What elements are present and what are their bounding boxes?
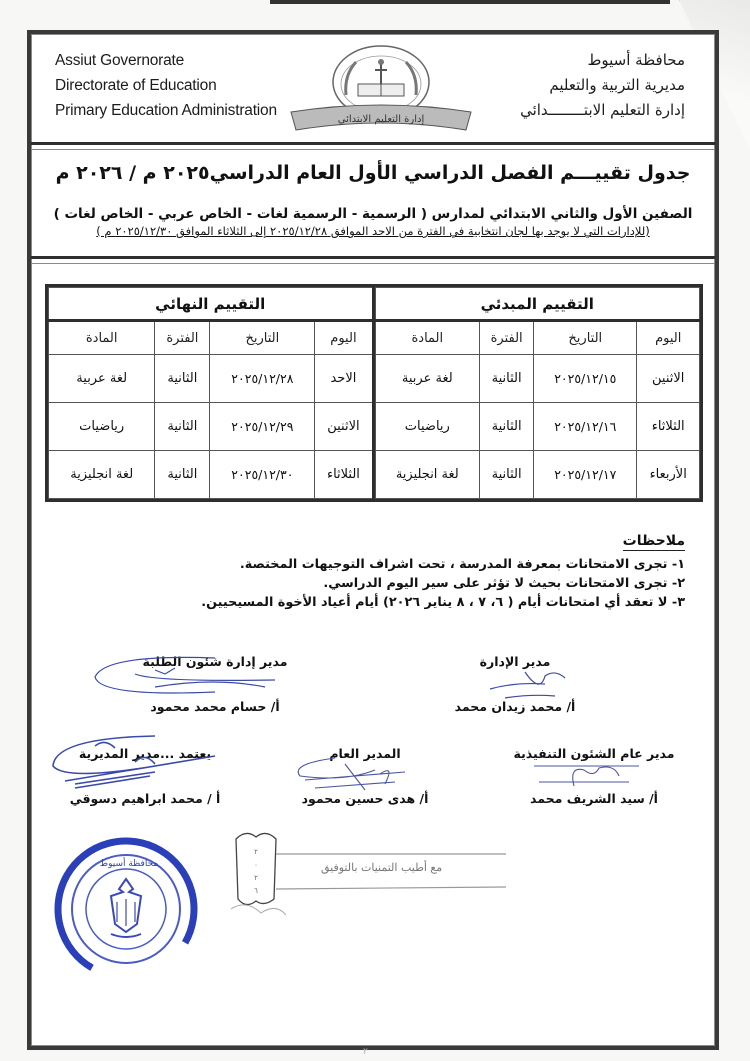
wishes-text: مع أطيب التمنيات بالتوفيق [321, 861, 442, 874]
table-title: التقييم المبدئي [375, 288, 700, 321]
cell-subject: لغة عربية [49, 354, 155, 402]
cell-subject: رياضيات [49, 402, 155, 450]
letterhead-english: Assiut Governorate Directorate of Educat… [55, 48, 277, 123]
cell-period: الثانية [155, 450, 210, 498]
table-row: الثلاثاء ٢٠٢٥/١٢/١٦ الثانية رياضيات [375, 402, 700, 450]
signature-role: يعتمد ...مدير المديرية [55, 746, 235, 761]
signature-name: أ/ محمد زيدان محمد [415, 699, 615, 714]
education-logo-icon: إدارة التعليم الابتدائي [286, 40, 476, 140]
signature-name: أ/ حسام محمد محمود [105, 699, 325, 714]
column-header-period: الفترة [155, 321, 210, 354]
cell-subject: لغة عربية [375, 354, 480, 402]
table-row: الاثنين ٢٠٢٥/١٢/٢٩ الثانية رياضيات [49, 402, 374, 450]
signature-student-affairs-director: مدير إدارة شئون الطلبة أ/ حسام محمد محمو… [105, 654, 325, 714]
cell-period: الثانية [480, 354, 534, 402]
schedule-tables: التقييم المبدئي اليوم التاريخ الفترة الم… [45, 284, 703, 502]
title-block: جدول تقييـــم الفصل الدراسي الأول العام … [31, 156, 715, 238]
header-divider [31, 142, 715, 150]
column-header-day: اليوم [315, 321, 373, 354]
cell-day: الثلاثاء [315, 450, 373, 498]
page-title: جدول تقييـــم الفصل الدراسي الأول العام … [31, 162, 715, 184]
official-stamp-icon: محافظة أسيوط [51, 834, 201, 984]
letterhead-arabic: محافظة أسيوط مديرية التربية والتعليم إدا… [520, 48, 685, 123]
governorate-ar: محافظة أسيوط [520, 48, 685, 73]
svg-text:٦: ٦ [254, 887, 258, 895]
column-header-date: التاريخ [210, 321, 315, 354]
cell-subject: رياضيات [375, 402, 480, 450]
page-subnote: (للإدارات التي لا يوجد بها لجان انتخابية… [31, 224, 715, 238]
cell-date: ٢٠٢٥/١٢/١٥ [534, 354, 637, 402]
letterhead: Assiut Governorate Directorate of Educat… [31, 34, 715, 144]
signature-name: أ/ هدى حسين محمود [285, 791, 445, 806]
column-header-period: الفترة [480, 321, 534, 354]
preliminary-assessment-table: التقييم المبدئي اليوم التاريخ الفترة الم… [375, 287, 701, 499]
column-header-subject: المادة [49, 321, 155, 354]
signature-executive-affairs-director: مدير عام الشئون التنفيذية أ/ سيد الشريف … [509, 746, 679, 806]
document-frame: Assiut Governorate Directorate of Educat… [27, 30, 719, 1050]
cell-day: الأربعاء [637, 450, 700, 498]
administration-ar: إدارة التعليم الابتــــــــدائي [520, 98, 685, 123]
note-item: ١- تجرى الامتحانات بمعرفة المدرسة ، تحت … [125, 555, 685, 574]
cell-period: الثانية [480, 450, 534, 498]
cell-day: الاثنين [315, 402, 373, 450]
column-header-subject: المادة [375, 321, 480, 354]
signature-role: مدير عام الشئون التنفيذية [509, 746, 679, 761]
signature-role: مدير إدارة شئون الطلبة [105, 654, 325, 669]
cell-date: ٢٠٢٥/١٢/١٦ [534, 402, 637, 450]
directorate-en: Directorate of Education [55, 73, 277, 98]
directorate-ar: مديرية التربية والتعليم [520, 73, 685, 98]
cell-day: الثلاثاء [637, 402, 700, 450]
cell-date: ٢٠٢٥/١٢/٣٠ [210, 450, 315, 498]
final-assessment-table: التقييم النهائي اليوم التاريخ الفترة الم… [48, 287, 375, 499]
handwritten-signature-icon [35, 726, 255, 796]
cell-date: ٢٠٢٥/١٢/٢٩ [210, 402, 315, 450]
page-subtitle: الصفين الأول والثاني الابتدائي لمدارس ( … [31, 206, 715, 222]
svg-text:٢: ٢ [254, 848, 258, 856]
signature-general-director: المدير العام أ/ هدى حسين محمود [285, 746, 445, 806]
cell-subject: لغة انجليزية [375, 450, 480, 498]
page-number: ٢ [363, 1047, 368, 1057]
svg-text:إدارة التعليم الابتدائي: إدارة التعليم الابتدائي [338, 114, 425, 125]
column-header-date: التاريخ [534, 321, 637, 354]
note-item: ٢- تجرى الامتحانات بحيث لا تؤثر على سير … [125, 574, 685, 593]
cell-day: الاحد [315, 354, 373, 402]
governorate-en: Assiut Governorate [55, 48, 277, 73]
svg-text:٠: ٠ [254, 861, 258, 869]
column-header-day: اليوم [637, 321, 700, 354]
svg-text:محافظة أسيوط: محافظة أسيوط [100, 857, 159, 869]
administration-en: Primary Education Administration [55, 98, 277, 123]
wishes-banner-icon: ٢ ٠ ٢ ٦ [226, 829, 506, 919]
cell-date: ٢٠٢٥/١٢/١٧ [534, 450, 637, 498]
cell-subject: لغة انجليزية [49, 450, 155, 498]
cell-period: الثانية [155, 354, 210, 402]
note-item: ٣- لا تعقد أي امتحانات أيام ( ٦، ٧ ، ٨ ي… [125, 593, 685, 612]
notes-list: ١- تجرى الامتحانات بمعرفة المدرسة ، تحت … [125, 555, 685, 612]
cell-date: ٢٠٢٥/١٢/٢٨ [210, 354, 315, 402]
svg-text:٢: ٢ [254, 874, 258, 882]
title-divider [31, 256, 715, 264]
table-row: الثلاثاء ٢٠٢٥/١٢/٣٠ الثانية لغة انجليزية [49, 450, 374, 498]
signature-name: أ / محمد ابراهيم دسوقي [55, 791, 235, 806]
cell-day: الاثنين [637, 354, 700, 402]
table-row: الأربعاء ٢٠٢٥/١٢/١٧ الثانية لغة انجليزية [375, 450, 700, 498]
cell-period: الثانية [480, 402, 534, 450]
table-row: الاحد ٢٠٢٥/١٢/٢٨ الثانية لغة عربية [49, 354, 374, 402]
signature-role: مدير الإدارة [415, 654, 615, 669]
handwritten-signature-icon [529, 756, 649, 792]
signature-name: أ/ سيد الشريف محمد [509, 791, 679, 806]
scan-edge [270, 0, 670, 4]
signature-admin-director: مدير الإدارة أ/ محمد زيدان محمد [415, 654, 615, 714]
cell-period: الثانية [155, 402, 210, 450]
signature-role: المدير العام [285, 746, 445, 761]
table-row: الاثنين ٢٠٢٥/١٢/١٥ الثانية لغة عربية [375, 354, 700, 402]
signature-directorate-director: يعتمد ...مدير المديرية أ / محمد ابراهيم … [55, 746, 235, 806]
notes-title: ملاحظات [623, 533, 685, 551]
notes-section: ملاحظات ١- تجرى الامتحانات بمعرفة المدرس… [125, 530, 685, 612]
table-title: التقييم النهائي [49, 288, 374, 321]
handwritten-signature-icon [485, 664, 575, 704]
